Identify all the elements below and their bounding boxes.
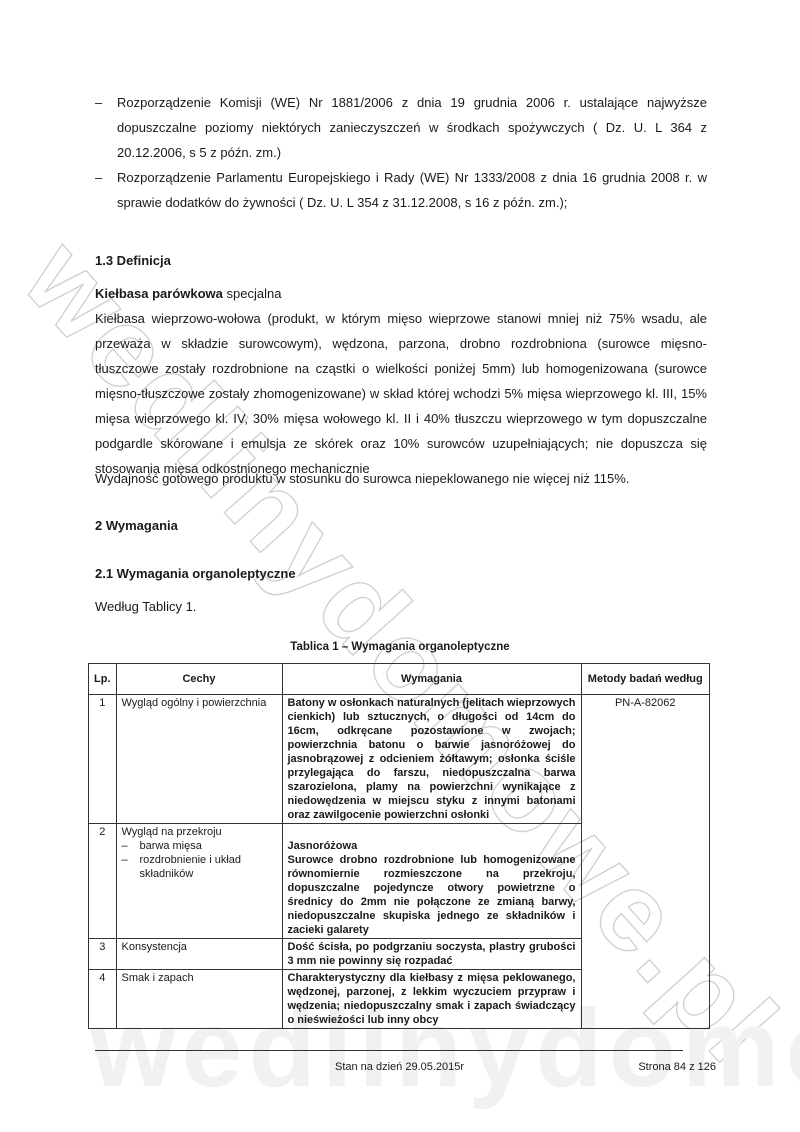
row-number: 2 [89, 824, 117, 939]
section-heading-organoleptic: 2.1 Wymagania organoleptyczne [95, 566, 296, 581]
section-heading-definition: 1.3 Definicja [95, 253, 171, 268]
header-wymagania: Wymagania [282, 664, 581, 695]
header-metody: Metody badań według [581, 664, 710, 695]
document-page: – Rozporządzenie Komisji (WE) Nr 1881/20… [0, 0, 800, 1132]
row-feature: Konsystencja [116, 939, 282, 970]
row-feature: Smak i zapach [116, 970, 282, 1029]
row-feature-title: Wygląd na przekroju [122, 825, 277, 839]
row-feature: Wygląd na przekroju barwa mięsa rozdrobn… [116, 824, 282, 939]
row-number: 1 [89, 695, 117, 824]
row-requirement: Charakterystyczny dla kiełbasy z mięsa p… [282, 970, 581, 1029]
feature-sub-item: barwa mięsa [122, 839, 277, 853]
method-cell: PN-A-82062 [581, 695, 710, 1029]
bullet-dash: – [95, 90, 102, 115]
row-number: 4 [89, 970, 117, 1029]
definition-paragraph: Kiełbasa wieprzowo-wołowa (produkt, w kt… [95, 306, 707, 481]
table-reference: Według Tablicy 1. [95, 594, 707, 619]
header-cechy: Cechy [116, 664, 282, 695]
bullet-text: Rozporządzenie Parlamentu Europejskiego … [117, 165, 707, 215]
bullet-dash: – [95, 165, 102, 190]
yield-paragraph: Wydajność gotowego produktu w stosunku d… [95, 466, 707, 491]
row-feature: Wygląd ogólny i powierzchnia [116, 695, 282, 824]
product-name-rest: specjalna [223, 286, 282, 301]
product-name: Kiełbasa parówkowa specjalna [95, 281, 707, 306]
row-number: 3 [89, 939, 117, 970]
row-requirement: Dość ścisła, po podgrzaniu soczysta, pla… [282, 939, 581, 970]
table-row: 1 Wygląd ogólny i powierzchnia Batony w … [89, 695, 710, 824]
section-heading-requirements: 2 Wymagania [95, 518, 178, 533]
regulation-bullet-2: – Rozporządzenie Parlamentu Europejskieg… [95, 165, 707, 215]
requirement-text: Surowce drobno rozdrobnione lub homogeni… [288, 853, 576, 937]
row-requirement: Jasnoróżowa Surowce drobno rozdrobnione … [282, 824, 581, 939]
requirement-title: Jasnoróżowa [288, 839, 576, 853]
requirements-table: Lp. Cechy Wymagania Metody badań według … [88, 663, 710, 1029]
feature-sublist: barwa mięsa rozdrobnienie i układ składn… [122, 839, 277, 881]
header-lp: Lp. [89, 664, 117, 695]
product-name-bold: Kiełbasa parówkowa [95, 286, 223, 301]
table-caption: Tablica 1 – Wymagania organoleptyczne [0, 641, 800, 653]
footer-divider [95, 1050, 683, 1051]
footer-date: Stan na dzień 29.05.2015r [335, 1061, 464, 1073]
regulation-bullet-1: – Rozporządzenie Komisji (WE) Nr 1881/20… [95, 90, 707, 165]
row-requirement: Batony w osłonkach naturalnych (jelitach… [282, 695, 581, 824]
feature-sub-item: rozdrobnienie i układ składników [122, 853, 277, 881]
bullet-text: Rozporządzenie Komisji (WE) Nr 1881/2006… [117, 90, 707, 165]
footer-page-number: Strona 84 z 126 [638, 1061, 716, 1073]
table-header-row: Lp. Cechy Wymagania Metody badań według [89, 664, 710, 695]
